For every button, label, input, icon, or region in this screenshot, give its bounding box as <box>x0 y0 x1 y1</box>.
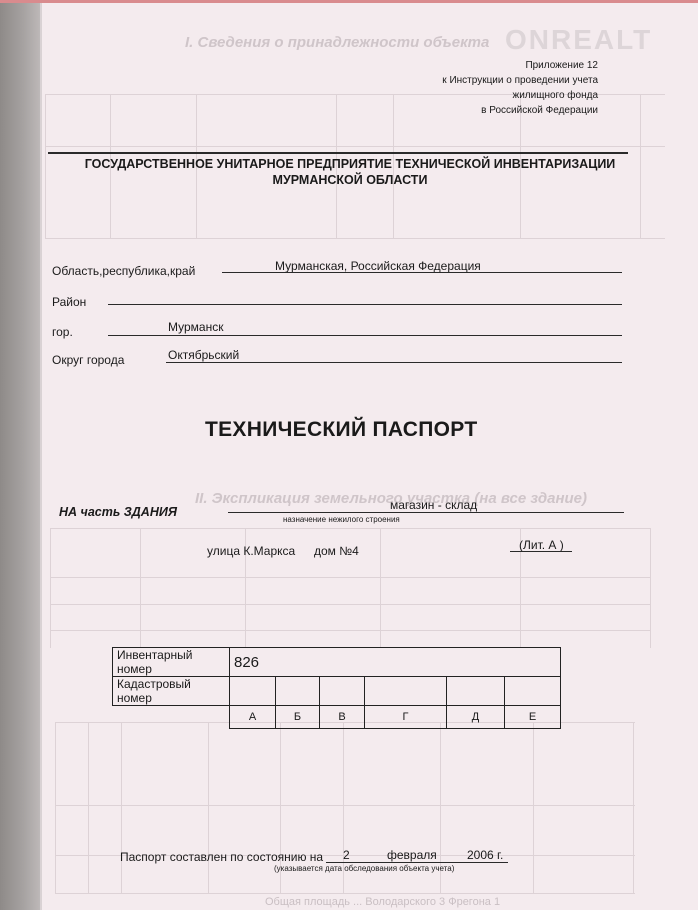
footer-year: 2006 г. <box>467 848 503 862</box>
document-page <box>42 0 698 910</box>
city-label: гор. <box>52 325 73 339</box>
inventory-label: Инвентарный номер <box>113 648 230 677</box>
footer-label: Паспорт составлен по состоянию на <box>120 850 323 864</box>
document-title: ТЕХНИЧЕСКИЙ ПАСПОРТ <box>205 418 477 442</box>
city-value: Мурманск <box>168 320 223 334</box>
ghost-section1-title: I. Сведения о принадлежности объекта <box>185 34 489 51</box>
annex-reference: Приложение 12 к Инструкции о проведении … <box>442 58 598 118</box>
cadastral-letter: В <box>320 706 365 729</box>
organization-name: ГОСУДАРСТВЕННОЕ УНИТАРНОЕ ПРЕДПРИЯТИЕ ТЕ… <box>80 156 620 188</box>
ghost-bottom-note: Общая площадь ... Володарского 3 Фрегона… <box>265 896 500 908</box>
org-line-2: МУРМАНСКОЙ ОБЛАСТИ <box>80 172 620 188</box>
house-number: дом №4 <box>314 544 359 558</box>
building-purpose: магазин - склад <box>390 498 477 512</box>
region-value: Мурманская, Российская Федерация <box>275 259 481 273</box>
city-district-line <box>166 362 622 363</box>
litera-line <box>510 551 572 552</box>
district-line <box>108 304 622 305</box>
region-label: Область,республика,край <box>52 264 195 278</box>
cadastral-label: Кадастровый номер <box>113 677 230 706</box>
cadastral-letter: Е <box>505 706 561 729</box>
street: улица К.Маркса <box>207 544 295 558</box>
registry-table: Инвентарный номер 826 Кадастровый номер … <box>112 647 561 729</box>
org-top-rule <box>48 152 628 154</box>
region-line <box>222 272 622 273</box>
cadastral-letter: А <box>230 706 276 729</box>
litera: (Лит. А ) <box>519 538 564 552</box>
annex-line: в Российской Федерации <box>442 103 598 118</box>
top-edge <box>0 0 698 3</box>
footer-caption: (указывается дата обследования объекта у… <box>274 864 454 873</box>
building-purpose-line <box>228 512 624 513</box>
annex-line: Приложение 12 <box>442 58 598 73</box>
org-line-1: ГОСУДАРСТВЕННОЕ УНИТАРНОЕ ПРЕДПРИЯТИЕ ТЕ… <box>80 156 620 172</box>
city-district-value: Октябрьский <box>168 348 239 362</box>
watermark: ONREALT <box>505 24 652 56</box>
city-district-label: Округ города <box>52 353 124 367</box>
footer-month: февраля <box>387 848 437 862</box>
district-label: Район <box>52 295 86 309</box>
footer-day: 2 <box>343 848 350 862</box>
book-binding <box>0 0 40 910</box>
building-purpose-caption: назначение нежилого строения <box>283 515 400 524</box>
city-line <box>108 335 622 336</box>
building-prefix: НА часть ЗДАНИЯ <box>59 505 177 519</box>
annex-line: к Инструкции о проведении учета <box>442 73 598 88</box>
footer-date-line <box>326 862 508 863</box>
cadastral-letter: Г <box>365 706 447 729</box>
cadastral-letter: Б <box>276 706 320 729</box>
annex-line: жилищного фонда <box>442 88 598 103</box>
inventory-value: 826 <box>230 648 561 677</box>
cadastral-letter: Д <box>447 706 505 729</box>
